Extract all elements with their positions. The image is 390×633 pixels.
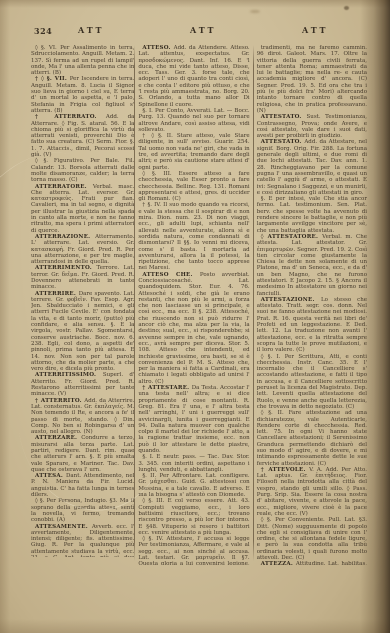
dictionary-entry: ATTERRATORE. Verbal. masc. Che atterra. … <box>31 184 134 234</box>
dictionary-section: ◊ §. Per Persona, Indugio. §3. Ma il sop… <box>31 498 134 523</box>
entry-headword: ATTESAMENTE. <box>35 524 92 530</box>
entry-headword: ATTERZARE. <box>35 435 81 441</box>
text-column-left: ◊ §. VI. Per Assalimento in terra, Sdruc… <box>31 45 134 557</box>
entry-headword: † ◊ §. VII. <box>35 76 70 82</box>
dictionary-entry: † ATTERRATO. Add. da Atterrare. ◊ Fig. S… <box>31 114 134 158</box>
page-number: 324 <box>34 26 52 36</box>
paper-speck <box>344 6 349 10</box>
dictionary-entry: ATTERRIRE. Dare spavento. Lat. terrere. … <box>31 291 134 373</box>
dictionary-section: ◊ §. III. E col verso essere. Att. 43. C… <box>138 498 249 536</box>
scanned-dictionary-page: 324 ATT ATT ATT ◊ §. VI. Per Assalimento… <box>0 0 390 633</box>
dictionary-entry: ATTERZARE. Condurre a terzo, misurarsi a… <box>31 435 134 473</box>
running-header: 324 ATT ATT ATT <box>30 25 366 38</box>
dictionary-entry: ATTERRIMENTO. Terrore. Lat. terror. Gr. … <box>31 265 134 290</box>
entry-headword: † ATTEVOLE. <box>261 467 309 473</box>
dictionary-entry: † ATTEVOLE. V. A. Add. Per Atto. Lat. ap… <box>257 467 367 517</box>
entry-headword: † ATTERRITO. <box>35 398 84 404</box>
dictionary-entry: ◊ ATTESTATORE. Verbal. m. Che attesta. L… <box>257 234 367 297</box>
entry-headword: ATTESTATO. <box>261 114 307 120</box>
entry-headword: ATTERRATORE. <box>35 184 93 190</box>
dictionary-entry: ATTERRITISSIMO. Superl. d' Atterrito. Fr… <box>31 372 134 397</box>
running-head-center: ATT <box>190 25 216 35</box>
page-edge-top <box>0 0 390 8</box>
entry-headword: † ATTERRATO. <box>35 114 106 120</box>
dictionary-section: † ◊ §. II. Stare atteso, vale Stare dili… <box>138 133 249 171</box>
dictionary-entry: ATTESAMENTE. Avverb. ecc. l' avvertament… <box>31 524 134 557</box>
dictionary-section: † §. IV. Il suo modo quando va ricorsi, … <box>138 202 249 271</box>
entry-headword: ◊ ATTESTATORE. <box>261 234 322 240</box>
entry-headword: ATTESTAZIONE. <box>261 297 321 303</box>
dictionary-entry: † ◊ §. VII. Per Iscendere in terra. Angu… <box>31 76 134 114</box>
running-head-right: ATT <box>302 25 328 35</box>
dictionary-entry: ATTESTATO. Add. da Attestare, nel signif… <box>257 139 367 196</box>
dictionary-entry: ATTERRAZIONE. Atterramento. L' atterrare… <box>31 234 134 265</box>
dictionary-section: ◊ §. II. Fare attestazione ad una dichia… <box>257 410 367 467</box>
dictionary-entry: ATTEZZA. Attitudine. Lat. habilitas, des… <box>257 561 367 565</box>
text-column-right: tradimenti, ma ne faremo cammin. 96 diro… <box>254 45 367 565</box>
dictionary-section: ◊ §. Per Conveniente. Pull. Lat. §3. Dit… <box>257 517 367 561</box>
dictionary-section: §. II. Per Affrontare. Lat. confligere. … <box>138 473 249 498</box>
dictionary-section: §. I. E neutr. pass. — Tac. Dav. Stor. 3… <box>138 454 249 473</box>
dictionary-entry: ATTESO CHE. Posto avverbiat. Conciossiac… <box>138 272 249 385</box>
text-column-center: ATTESO. Add. da Attendere. Atteso. Lat. … <box>135 45 252 565</box>
dictionary-section: ◊ §. IV. Attestare, l' accusa si legge P… <box>138 536 249 565</box>
entry-headword: ATTERRITISSIMO. <box>35 372 103 378</box>
entry-headword: ATTESO. <box>142 45 173 51</box>
dictionary-section: ◊ §. I. Per Scrittura, Atti, e conti che… <box>257 354 367 411</box>
dictionary-entry: ATTESA. Dant. Attendimento, nel P. N. Ma… <box>31 473 134 498</box>
dictionary-section: ◊ §. VI. Per Assalimento in terra, Sdruc… <box>31 45 134 76</box>
entry-headword: ATTESA. <box>35 473 66 479</box>
dictionary-section: §. E per intesi, vale Che stia ancor fer… <box>257 196 367 234</box>
dictionary-section: ◊ §. Figurativo. Per Bale. Fil. Calandr.… <box>31 158 134 183</box>
dictionary-section: tradimenti, ma ne faremo cammin. 96 diro… <box>257 45 367 114</box>
entry-headword: ATTESO CHE. <box>142 272 200 278</box>
text-columns: ◊ §. VI. Per Assalimento in terra, Sdruc… <box>31 45 367 565</box>
dictionary-entry: ATTESTATO. Sust. Testimonianza, Contrass… <box>257 114 367 139</box>
dictionary-entry: ATTESTAZIONE. Lo stesso che attestato. T… <box>257 297 367 354</box>
page-edge-bottom <box>0 619 390 633</box>
entry-headword: ATTEZZA. <box>261 561 296 565</box>
dictionary-section: §. I. Per Conto, Avverati. Lat. — Bocc. … <box>138 108 249 133</box>
entry-headword: ATTESTATO. <box>261 139 305 145</box>
dictionary-entry: † ATTESTARE. Da Testa. Accostar l' una t… <box>138 385 249 454</box>
dictionary-entry: † ATTERRITO. Add. da Atterrire. Lat. con… <box>31 398 134 436</box>
entry-headword: ATTERRIMENTO. <box>35 265 97 271</box>
running-head-left: ATT <box>78 25 104 35</box>
entry-headword: † ATTESTARE. <box>142 385 191 391</box>
dictionary-section: ◊ §. III. Essere atteso a fare checchess… <box>138 171 249 202</box>
entry-headword: ATTERRAZIONE. <box>35 234 95 240</box>
dictionary-entry: ATTESO. Add. da Attendere. Atteso. Lat. … <box>138 45 249 108</box>
paper-speck <box>250 10 260 13</box>
page-edge-left <box>0 0 10 633</box>
entry-headword: ATTERRIRE. <box>35 291 79 297</box>
book-gutter-shadow <box>360 0 390 633</box>
